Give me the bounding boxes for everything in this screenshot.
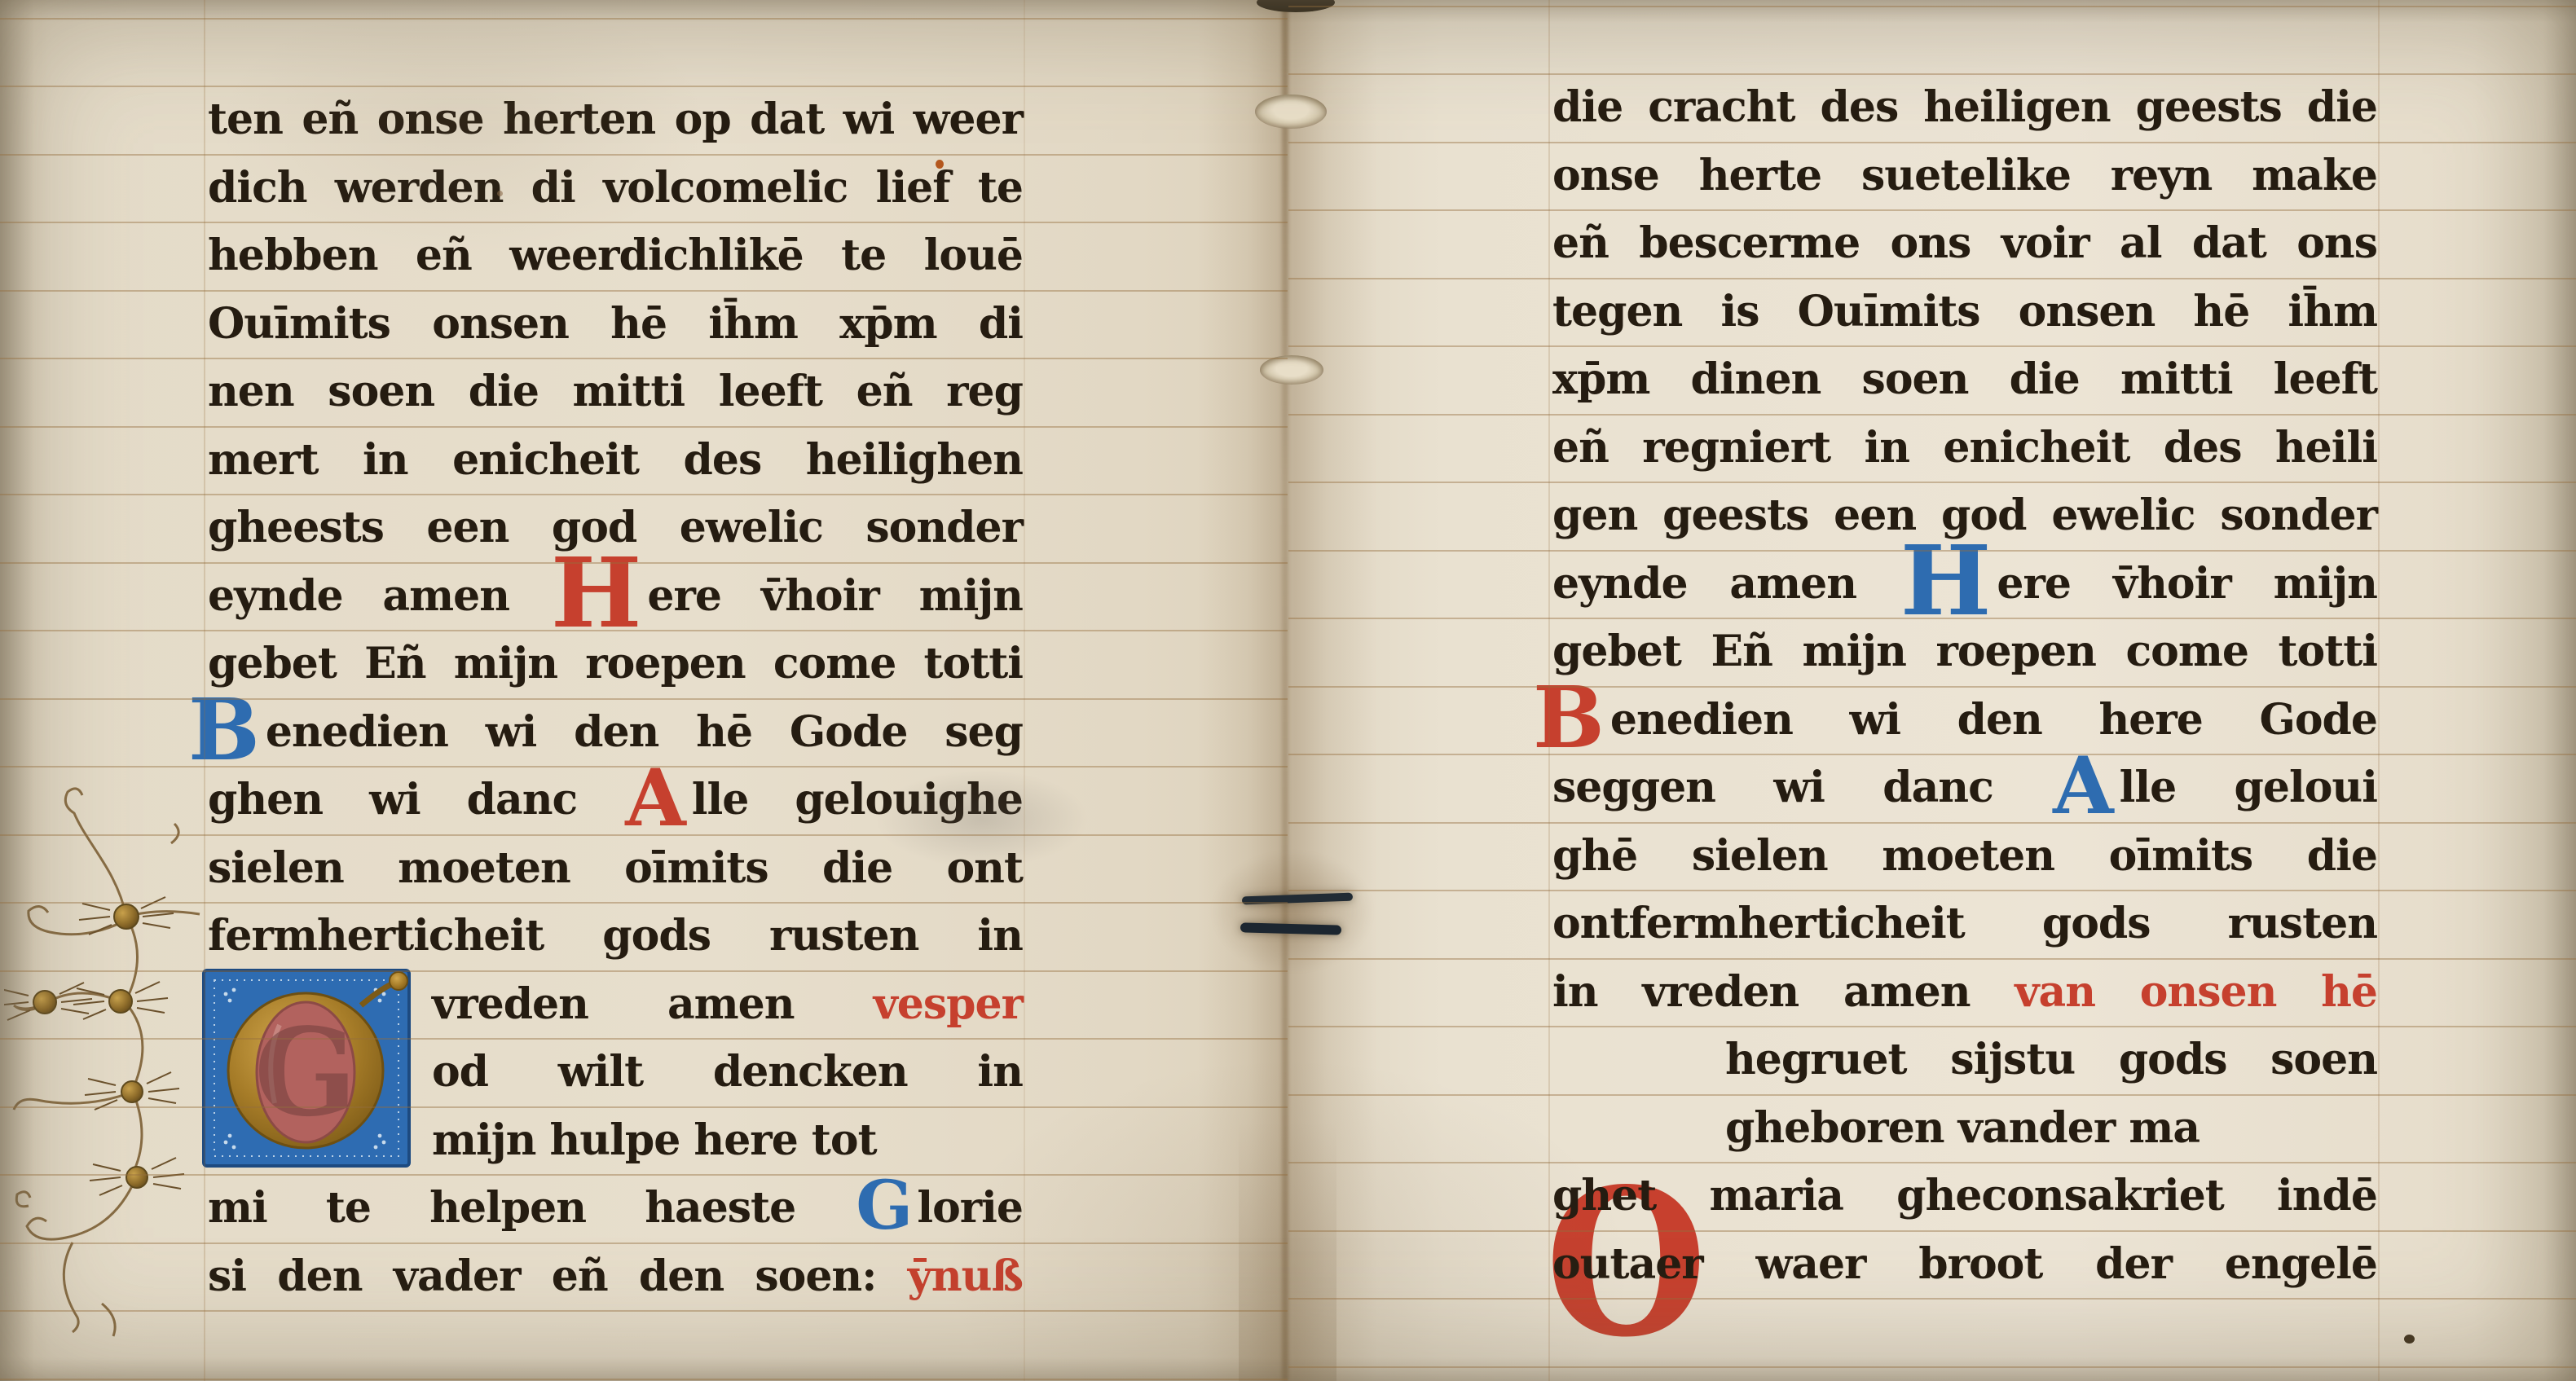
body-text: enedien wi den here Gode — [1610, 695, 2377, 745]
body-text: Ouīmits onsen hē ih̄m xp̄m di — [208, 299, 1023, 349]
text-line: mijn hulpe here tot — [432, 1106, 1023, 1175]
ruling-line-vertical — [204, 0, 205, 1381]
ruling-line-vertical — [2378, 0, 2380, 1381]
text-line: xp̄m dinen soen die mitti leeft — [1552, 345, 2377, 414]
text-line: seggen wi danc Alle geloui — [1552, 754, 2377, 822]
body-text: lle geloui — [2120, 763, 2377, 812]
body-text: ere v̄hoir mijn — [647, 571, 1023, 621]
text-line: si den vader eñ den soen: ȳnuß — [208, 1242, 1023, 1311]
text-line: gheboren vander ma — [1725, 1094, 2377, 1163]
text-line: mi te helpen haeste Glorie — [208, 1174, 1023, 1242]
body-text: mert in enicheit des heilighen — [208, 435, 1023, 485]
ruling-line — [1288, 1366, 2576, 1368]
ruling-line — [1288, 1094, 2576, 1096]
ruling-line — [0, 1106, 1288, 1108]
ruling-line — [1288, 6, 2576, 7]
text-line: ten eñ onse herten op dat wi weer — [208, 86, 1023, 154]
ruling-line — [0, 358, 1288, 359]
body-text: outaer waer broot der engelē — [1552, 1239, 2377, 1289]
text-line: onse herte suetelike reyn make — [1552, 142, 2377, 210]
body-text: in vreden amen — [1552, 967, 2015, 1017]
ruling-line — [0, 154, 1288, 156]
body-text: lle gelouighe — [692, 775, 1023, 825]
ruling-line — [0, 1242, 1288, 1244]
body-text: enedien wi den hē Gode seg — [266, 707, 1023, 757]
body-text: die cracht des heiligen geests die — [1552, 82, 2377, 132]
body-text: hebben eñ weerdichlikē te louē — [208, 231, 1023, 280]
text-line: eñ bescerme ons voir al dat ons — [1552, 209, 2377, 278]
body-text: eynde amen — [1552, 559, 1899, 609]
body-text: dich werden di volcomelic lief te — [208, 163, 1023, 213]
text-line: fermherticheit gods rusten in — [208, 902, 1023, 970]
ruling-line — [1288, 1230, 2576, 1232]
body-text: eñ bescerme ons voir al dat ons — [1552, 218, 2377, 268]
text-line: hegruet sijstu gods soen — [1725, 1026, 2377, 1094]
ruling-line — [0, 698, 1288, 700]
text-line: ghē sielen moeten oīmits die — [1552, 822, 2377, 891]
ruling-line — [1288, 550, 2576, 552]
text-line: ontfermherticheit gods rusten — [1552, 890, 2377, 958]
text-line: Benedien wi den here Gode — [1552, 686, 2377, 754]
body-text: ghen wi danc — [208, 775, 623, 825]
text-line: gebet Eñ mijn roepen come totti — [1552, 618, 2377, 686]
ruling-line — [1288, 1298, 2576, 1300]
text-column-left: ten eñ onse herten op dat wi weerdich we… — [208, 86, 1023, 1340]
body-text: mijn hulpe here tot — [432, 1115, 877, 1165]
body-text: hegruet sijstu gods soen — [1725, 1035, 2377, 1084]
ruling-line — [0, 222, 1288, 223]
ruling-line — [0, 426, 1288, 428]
text-line: od wilt dencken in — [432, 1038, 1023, 1106]
ruling-line — [0, 1310, 1288, 1312]
body-text: sielen moeten oīmits die ont — [208, 843, 1023, 893]
binding-smudge — [1211, 851, 1374, 973]
text-line: gebet Eñ mijn roepen come totti — [208, 630, 1023, 698]
sewing-hole — [1260, 355, 1323, 385]
text-line: tegen is Ouīmits onsen hē ih̄m — [1552, 278, 2377, 346]
text-line: mert in enicheit des heilighen — [208, 426, 1023, 495]
body-text: seggen wi danc — [1552, 763, 2051, 812]
rubric-text: ȳnuß — [908, 1251, 1023, 1301]
body-text: gebet Eñ mijn roepen come totti — [1552, 627, 2377, 676]
ruling-line — [1288, 414, 2576, 416]
body-text: lorie — [917, 1183, 1023, 1233]
ruling-line — [1288, 1026, 2576, 1027]
text-line: Ouīmits onsen hē ih̄m xp̄m di — [208, 290, 1023, 358]
text-line: eynde amen Here v̄hoir mijn — [1552, 550, 2377, 618]
body-text: ere v̄hoir mijn — [1997, 559, 2377, 609]
ruling-line — [1288, 278, 2576, 279]
text-line: ghet maria gheconsakriet indē — [1552, 1162, 2377, 1230]
sewing-hole — [1255, 95, 1327, 129]
ruling-line — [0, 970, 1288, 972]
ruling-line — [1288, 482, 2576, 483]
ink-speck — [936, 160, 944, 169]
ruling-line — [1288, 686, 2576, 688]
ruling-line — [0, 1379, 1288, 1380]
ruling-line — [1288, 618, 2576, 619]
ruling-line — [1288, 958, 2576, 960]
body-text: gebet Eñ mijn roepen come totti — [208, 639, 1023, 688]
body-text: xp̄m dinen soen die mitti leeft — [1552, 354, 2377, 404]
ruling-line — [0, 562, 1288, 564]
body-text: eñ regniert in enicheit des heili — [1552, 423, 2377, 473]
ruling-line-vertical — [1024, 0, 1025, 1381]
rubric-text: van onsen hē — [2015, 967, 2377, 1017]
body-text: eynde amen — [208, 571, 549, 621]
ruling-line — [0, 1038, 1288, 1040]
text-line: eñ regniert in enicheit des heili — [1552, 414, 2377, 482]
body-text: ghet maria gheconsakriet indē — [1552, 1171, 2377, 1220]
ruling-line — [1288, 822, 2576, 824]
text-line: dich werden di volcomelic lief te — [208, 154, 1023, 222]
ink-speck — [497, 191, 503, 196]
text-line: nen soen die mitti leeft eñ reg — [208, 358, 1023, 426]
ruling-line — [1288, 73, 2576, 75]
ruling-line — [1288, 345, 2576, 347]
body-text: nen soen die mitti leeft eñ reg — [208, 367, 1023, 416]
ruling-line — [1288, 142, 2576, 143]
ruling-line — [0, 902, 1288, 904]
body-text: mi te helpen haeste — [208, 1183, 854, 1233]
ruling-line — [0, 86, 1288, 87]
ruling-line — [1288, 1162, 2576, 1163]
text-line: vreden amen vesper — [432, 970, 1023, 1039]
ruling-line — [0, 1174, 1288, 1176]
ink-speck — [2404, 1335, 2415, 1344]
ruling-line — [0, 630, 1288, 631]
text-line: sielen moeten oīmits die ont — [208, 834, 1023, 903]
ruling-line — [0, 494, 1288, 495]
text-line: in vreden amen van onsen hē — [1552, 958, 2377, 1027]
ruling-line — [0, 290, 1288, 292]
ruling-line — [0, 766, 1288, 767]
text-line: eynde amen Here v̄hoir mijn — [208, 562, 1023, 631]
text-line: hebben eñ weerdichlikē te louē — [208, 222, 1023, 290]
ruling-line — [0, 18, 1288, 20]
body-text: ghē sielen moeten oīmits die — [1552, 831, 2377, 881]
body-text: tegen is Ouīmits onsen hē ih̄m — [1552, 287, 2377, 336]
ruling-line — [1288, 754, 2576, 755]
text-line: outaer waer broot der engelē — [1552, 1230, 2377, 1299]
body-text: gheboren vander ma — [1725, 1103, 2200, 1153]
ruling-line — [1288, 209, 2576, 211]
margin-flourish-decoration — [4, 766, 208, 1377]
ruling-line — [0, 834, 1288, 836]
body-text: vreden amen — [432, 979, 874, 1029]
text-line: ghen wi danc Alle gelouighe — [208, 766, 1023, 834]
text-column-right: die cracht des heiligen geests dieonse h… — [1552, 73, 2377, 1328]
text-line: Benedien wi den hē Gode seg — [208, 698, 1023, 767]
rubric-text: vesper — [874, 979, 1023, 1029]
ruling-line-vertical — [1548, 0, 1550, 1381]
body-text: od wilt dencken in — [432, 1047, 1023, 1097]
gold-dot-motif — [85, 1072, 179, 1110]
body-text: fermherticheit gods rusten in — [208, 911, 1023, 961]
body-text: ontfermherticheit gods rusten — [1552, 899, 2377, 948]
body-text: si den vader eñ den soen: — [208, 1251, 908, 1301]
manuscript-spread: G O ten eñ onse herten op dat wi weerdic… — [0, 0, 2576, 1381]
ruling-line — [1288, 890, 2576, 891]
body-text: ten eñ onse herten op dat wi weer — [208, 95, 1023, 144]
text-line: die cracht des heiligen geests die — [1552, 73, 2377, 142]
body-text: onse herte suetelike reyn make — [1552, 151, 2377, 200]
